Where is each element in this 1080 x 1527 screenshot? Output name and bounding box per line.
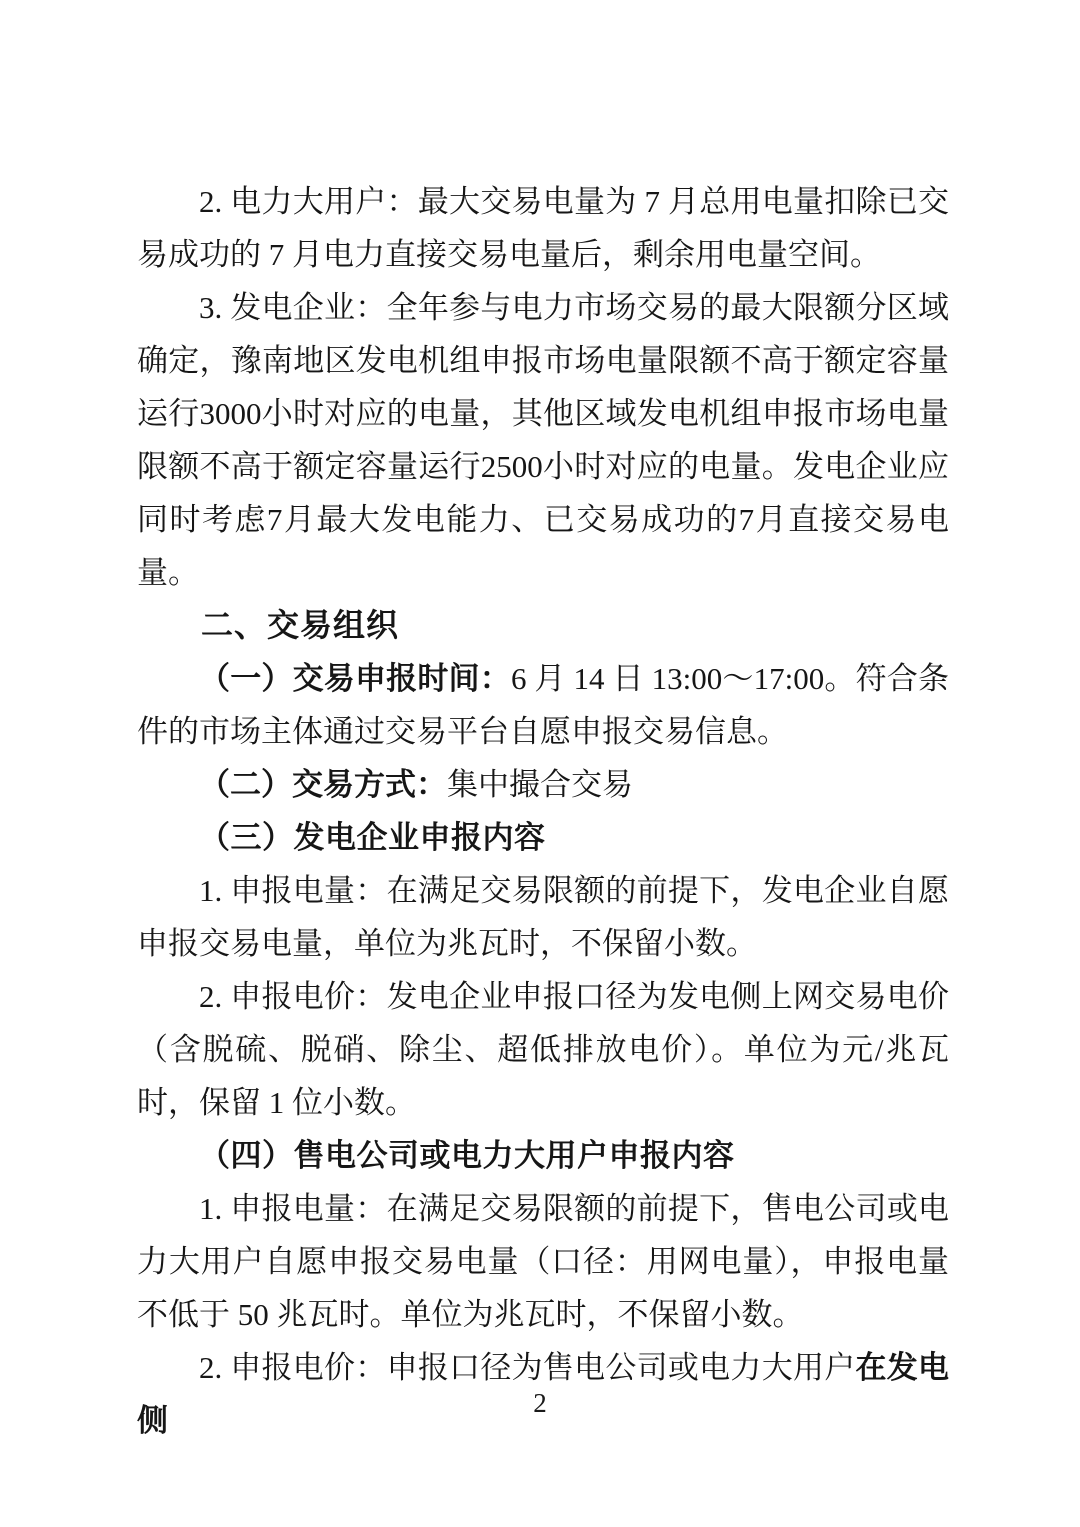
subheading-generator-declaration: （三）发电企业申报内容: [137, 811, 949, 864]
paragraph-generator-price: 2. 申报电价：发电企业申报口径为发电侧上网交易电价（含脱硫、脱硝、除尘、超低排…: [137, 970, 949, 1129]
declare-time-label: （一）交易申报时间：: [199, 661, 511, 696]
document-page: 2. 电力大用户：最大交易电量为 7 月总用电量扣除已交易成功的 7 月电力直接…: [0, 0, 1080, 1527]
document-body: 2. 电力大用户：最大交易电量为 7 月总用电量扣除已交易成功的 7 月电力直接…: [137, 175, 949, 1447]
trade-mode-label: （二）交易方式：: [199, 767, 447, 802]
section-heading-trade-organization: 二、交易组织: [137, 599, 949, 652]
paragraph-retailer-quantity: 1. 申报电量：在满足交易限额的前提下，售电公司或电力大用户自愿申报交易电量（口…: [137, 1182, 949, 1341]
subheading-retailer-declaration: （四）售电公司或电力大用户申报内容: [137, 1129, 949, 1182]
page-footer: 2: [0, 1383, 1080, 1423]
trade-mode-text: 集中撮合交易: [447, 767, 633, 802]
paragraph-trade-mode: （二）交易方式：集中撮合交易: [137, 758, 949, 811]
retailer-price-text: 2. 申报电价：申报口径为售电公司或电力大用户: [199, 1350, 855, 1385]
paragraph-declare-time: （一）交易申报时间：6 月 14 日 13:00～17:00。符合条件的市场主体…: [137, 652, 949, 758]
page-number: 2: [533, 1388, 547, 1418]
paragraph-large-user: 2. 电力大用户：最大交易电量为 7 月总用电量扣除已交易成功的 7 月电力直接…: [137, 175, 949, 281]
paragraph-generator-quantity: 1. 申报电量：在满足交易限额的前提下，发电企业自愿申报交易电量，单位为兆瓦时，…: [137, 864, 949, 970]
paragraph-generator-limits: 3. 发电企业：全年参与电力市场交易的最大限额分区域确定，豫南地区发电机组申报市…: [137, 281, 949, 599]
